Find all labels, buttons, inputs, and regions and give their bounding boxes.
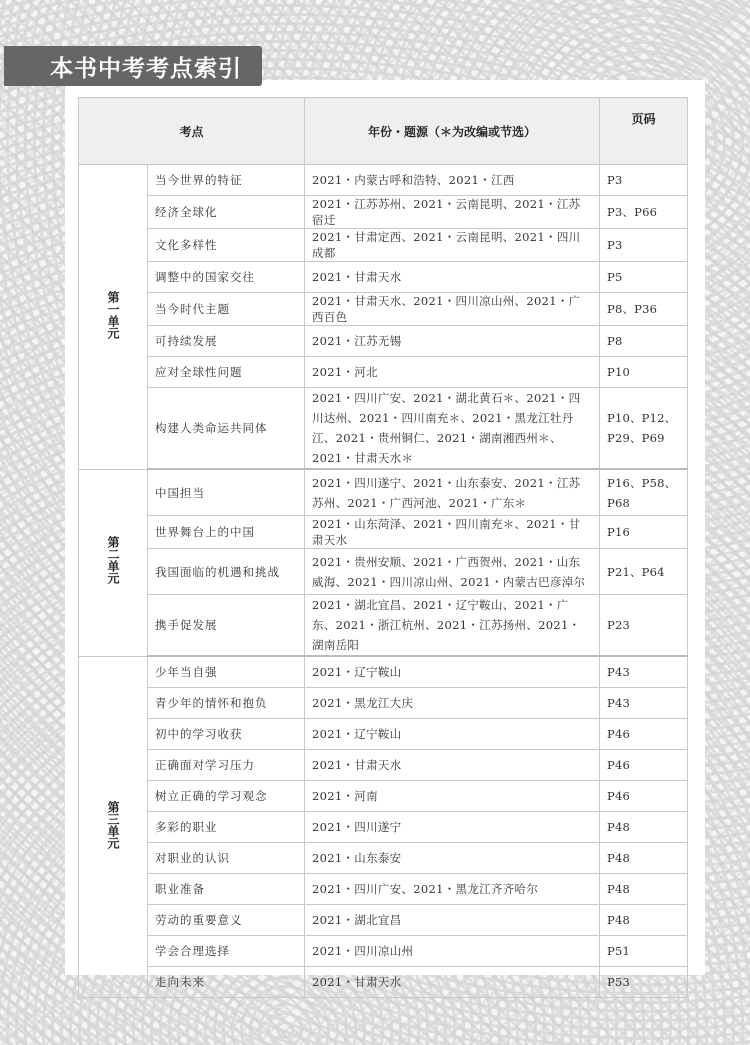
pages-cell: P3 [600, 229, 688, 262]
table-row: 可持续发展 2021・江苏无锡 P8 [79, 326, 688, 357]
source-cell: 2021・四川遂宁、2021・山东泰安、2021・江苏苏州、2021・广西河池、… [305, 469, 600, 516]
topic-cell: 当今世界的特征 [148, 165, 305, 196]
pages-cell: P23 [600, 595, 688, 657]
source-cell: 2021・内蒙古呼和浩特、2021・江西 [305, 165, 600, 196]
table-row: 正确面对学习压力 2021・甘肃天水 P46 [79, 750, 688, 781]
unit-label-2: 第二单元 [79, 469, 148, 656]
source-cell: 2021・甘肃天水 [305, 967, 600, 998]
unit-label-3: 第三单元 [79, 656, 148, 998]
source-cell: 2021・河北 [305, 357, 600, 388]
source-cell: 2021・贵州安顺、2021・广西贺州、2021・山东威海、2021・四川凉山州… [305, 549, 600, 595]
source-cell: 2021・山东泰安 [305, 843, 600, 874]
source-cell: 2021・江苏苏州、2021・云南昆明、2021・江苏宿迁 [305, 196, 600, 229]
table-header-row: 考点 年份・题源（＊为改编或节选） 页码 [79, 98, 688, 165]
page-title-text: 本书中考考点索引 [50, 50, 242, 83]
source-cell: 2021・四川遂宁 [305, 812, 600, 843]
topic-cell: 当今时代主题 [148, 293, 305, 326]
source-cell: 2021・四川凉山州 [305, 936, 600, 967]
pages-cell: P8 [600, 326, 688, 357]
source-cell: 2021・河南 [305, 781, 600, 812]
topic-cell: 对职业的认识 [148, 843, 305, 874]
table-row: 文化多样性 2021・甘肃定西、2021・云南昆明、2021・四川成都 P3 [79, 229, 688, 262]
column-header-topic: 考点 [79, 98, 305, 165]
pages-cell: P3、P66 [600, 196, 688, 229]
table-row: 构建人类命运共同体 2021・四川广安、2021・湖北黄石＊、2021・四川达州… [79, 388, 688, 470]
topic-cell: 正确面对学习压力 [148, 750, 305, 781]
pages-cell: P16、P58、P68 [600, 469, 688, 516]
source-cell: 2021・江苏无锡 [305, 326, 600, 357]
table-row: 第一单元 当今世界的特征 2021・内蒙古呼和浩特、2021・江西 P3 [79, 165, 688, 196]
pages-cell: P43 [600, 688, 688, 719]
page-title: 本书中考考点索引 [4, 46, 262, 86]
source-cell: 2021・黑龙江大庆 [305, 688, 600, 719]
pages-cell: P46 [600, 719, 688, 750]
table-row: 携手促发展 2021・湖北宜昌、2021・辽宁鞍山、2021・广东、2021・浙… [79, 595, 688, 657]
source-cell: 2021・甘肃天水 [305, 750, 600, 781]
topic-cell: 走向未来 [148, 967, 305, 998]
exam-index-table: 考点 年份・题源（＊为改编或节选） 页码 第一单元 当今世界的特征 2021・内… [78, 97, 688, 998]
pages-cell: P48 [600, 812, 688, 843]
table-row: 应对全球性问题 2021・河北 P10 [79, 357, 688, 388]
pages-cell: P10、P12、P29、P69 [600, 388, 688, 470]
table-row: 劳动的重要意义 2021・湖北宜昌 P48 [79, 905, 688, 936]
topic-cell: 世界舞台上的中国 [148, 516, 305, 549]
table-row: 对职业的认识 2021・山东泰安 P48 [79, 843, 688, 874]
topic-cell: 少年当自强 [148, 656, 305, 688]
source-cell: 2021・辽宁鞍山 [305, 719, 600, 750]
pages-cell: P3 [600, 165, 688, 196]
topic-cell: 构建人类命运共同体 [148, 388, 305, 470]
topic-cell: 应对全球性问题 [148, 357, 305, 388]
source-cell: 2021・四川广安、2021・湖北黄石＊、2021・四川达州、2021・四川南充… [305, 388, 600, 470]
source-cell: 2021・山东菏泽、2021・四川南充＊、2021・甘肃天水 [305, 516, 600, 549]
pages-cell: P43 [600, 656, 688, 688]
topic-cell: 树立正确的学习观念 [148, 781, 305, 812]
table-row: 我国面临的机遇和挑战 2021・贵州安顺、2021・广西贺州、2021・山东威海… [79, 549, 688, 595]
pages-cell: P53 [600, 967, 688, 998]
topic-cell: 职业准备 [148, 874, 305, 905]
source-cell: 2021・甘肃天水 [305, 262, 600, 293]
topic-cell: 中国担当 [148, 469, 305, 516]
table-row: 多彩的职业 2021・四川遂宁 P48 [79, 812, 688, 843]
table-row: 走向未来 2021・甘肃天水 P53 [79, 967, 688, 998]
unit-label-1: 第一单元 [79, 165, 148, 470]
column-header-source: 年份・题源（＊为改编或节选） [305, 98, 600, 165]
table-row: 初中的学习收获 2021・辽宁鞍山 P46 [79, 719, 688, 750]
topic-cell: 青少年的情怀和抱负 [148, 688, 305, 719]
topic-cell: 多彩的职业 [148, 812, 305, 843]
pages-cell: P48 [600, 843, 688, 874]
topic-cell: 携手促发展 [148, 595, 305, 657]
table-row: 第二单元 中国担当 2021・四川遂宁、2021・山东泰安、2021・江苏苏州、… [79, 469, 688, 516]
pages-cell: P21、P64 [600, 549, 688, 595]
table-row: 调整中的国家交往 2021・甘肃天水 P5 [79, 262, 688, 293]
topic-cell: 劳动的重要意义 [148, 905, 305, 936]
topic-cell: 我国面临的机遇和挑战 [148, 549, 305, 595]
pages-cell: P46 [600, 781, 688, 812]
topic-cell: 经济全球化 [148, 196, 305, 229]
pages-cell: P46 [600, 750, 688, 781]
table-row: 第三单元 少年当自强 2021・辽宁鞍山 P43 [79, 656, 688, 688]
table-row: 学会合理选择 2021・四川凉山州 P51 [79, 936, 688, 967]
column-header-pages: 页码 [600, 98, 688, 165]
table-row: 职业准备 2021・四川广安、2021・黑龙江齐齐哈尔 P48 [79, 874, 688, 905]
table-row: 树立正确的学习观念 2021・河南 P46 [79, 781, 688, 812]
source-cell: 2021・湖北宜昌、2021・辽宁鞍山、2021・广东、2021・浙江杭州、20… [305, 595, 600, 657]
table-row: 当今时代主题 2021・甘肃天水、2021・四川凉山州、2021・广西百色 P8… [79, 293, 688, 326]
table-row: 经济全球化 2021・江苏苏州、2021・云南昆明、2021・江苏宿迁 P3、P… [79, 196, 688, 229]
table-row: 青少年的情怀和抱负 2021・黑龙江大庆 P43 [79, 688, 688, 719]
topic-cell: 学会合理选择 [148, 936, 305, 967]
pages-cell: P51 [600, 936, 688, 967]
topic-cell: 调整中的国家交往 [148, 262, 305, 293]
table-row: 世界舞台上的中国 2021・山东菏泽、2021・四川南充＊、2021・甘肃天水 … [79, 516, 688, 549]
pages-cell: P48 [600, 874, 688, 905]
source-cell: 2021・辽宁鞍山 [305, 656, 600, 688]
pages-cell: P48 [600, 905, 688, 936]
topic-cell: 可持续发展 [148, 326, 305, 357]
topic-cell: 初中的学习收获 [148, 719, 305, 750]
pages-cell: P5 [600, 262, 688, 293]
pages-cell: P16 [600, 516, 688, 549]
source-cell: 2021・甘肃定西、2021・云南昆明、2021・四川成都 [305, 229, 600, 262]
source-cell: 2021・甘肃天水、2021・四川凉山州、2021・广西百色 [305, 293, 600, 326]
source-cell: 2021・湖北宜昌 [305, 905, 600, 936]
source-cell: 2021・四川广安、2021・黑龙江齐齐哈尔 [305, 874, 600, 905]
pages-cell: P8、P36 [600, 293, 688, 326]
pages-cell: P10 [600, 357, 688, 388]
topic-cell: 文化多样性 [148, 229, 305, 262]
